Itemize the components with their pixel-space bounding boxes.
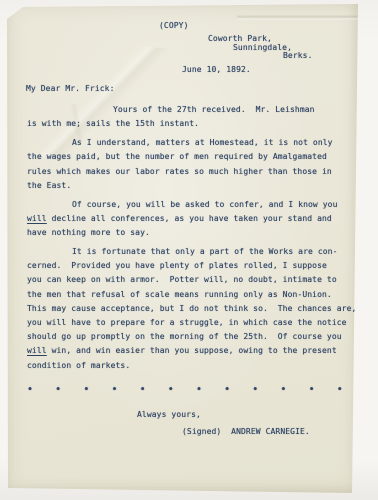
separator-dot: • [27, 383, 33, 396]
text-line: you can keep on with armor. Potter will,… [27, 273, 349, 287]
separator-dot: • [168, 383, 174, 396]
text-line: Yours of the 27th received. Mr. Leishman [27, 103, 349, 117]
text-line: This may cause acceptance, but I do not … [27, 302, 349, 316]
text-segment: This may cause acceptance, but I do not … [27, 304, 356, 313]
return-address-line: Berks. [283, 52, 313, 60]
letter-body: Yours of the 27th received. Mr. Leishman… [27, 103, 349, 373]
text-line: will decline all conferences, as you hav… [27, 212, 349, 226]
text-segment: condition of markets. [27, 361, 130, 370]
signature-line: (Signed) ANDREW CARNEGIE. [182, 428, 310, 436]
text-line: the East. [27, 179, 349, 193]
separator-row: •••••••••••• [27, 383, 343, 396]
text-segment: Of course, you will be asked to confer, … [72, 200, 338, 209]
text-segment: have nothing more to say. [27, 228, 150, 237]
scan-background: (COPY) Coworth Park, Sunningdale, Berks.… [0, 0, 378, 500]
separator-dot: • [196, 383, 202, 396]
separator-dot: • [252, 383, 258, 396]
paragraph: As I understand, matters at Homestead, i… [27, 136, 349, 193]
text-segment: the men that refusal of scale means runn… [27, 290, 332, 299]
closing-line: Always yours, [137, 411, 201, 419]
separator-dot: • [309, 383, 315, 396]
paragraph: It is fortunate that only a part of the … [27, 245, 349, 373]
separator-dot: • [55, 383, 61, 396]
copy-label: (COPY) [159, 22, 189, 30]
paper-fold-mark [237, 12, 359, 22]
underlined-word: will [27, 346, 47, 355]
text-segment: As I understand, matters at Homestead, i… [72, 138, 333, 147]
date-line: June 10, 1892. [182, 66, 251, 74]
text-line: rules which makes our labor rates so muc… [27, 165, 349, 179]
paragraph: Of course, you will be asked to confer, … [27, 198, 349, 241]
text-segment: should go up promptly on the morning of … [27, 332, 342, 341]
text-segment: you can keep on with armor. Potter will,… [27, 275, 337, 284]
text-segment: It is fortunate that only a part of the … [72, 247, 338, 256]
underlined-word: will [27, 214, 47, 223]
separator-dot: • [224, 383, 230, 396]
text-segment: is with me; sails the 15th instant. [27, 119, 199, 128]
text-line: the men that refusal of scale means runn… [27, 288, 349, 302]
text-line: will win, and win easier than you suppos… [27, 344, 349, 358]
separator-dot: • [111, 383, 117, 396]
text-line: you will have to prepare for a struggle,… [27, 316, 349, 330]
text-line: is with me; sails the 15th instant. [27, 117, 349, 131]
return-address-line: Coworth Park, [208, 35, 272, 43]
text-line: condition of markets. [27, 359, 349, 373]
paragraph: Yours of the 27th received. Mr. Leishman… [27, 103, 349, 131]
text-segment: decline all conferences, as you have tak… [47, 214, 332, 223]
separator-dot: • [280, 383, 286, 396]
text-segment: cerned. Provided you have plenty of plat… [27, 261, 327, 270]
text-line: should go up promptly on the morning of … [27, 330, 349, 344]
text-segment: Yours of the 27th received. Mr. Leishman [113, 105, 315, 114]
text-segment: rules which makes our labor rates so muc… [27, 167, 332, 176]
text-line: It is fortunate that only a part of the … [27, 245, 349, 259]
separator-dot: • [140, 383, 146, 396]
text-line: As I understand, matters at Homestead, i… [27, 136, 349, 150]
text-line: Of course, you will be asked to confer, … [27, 198, 349, 212]
text-segment: the East. [27, 181, 71, 190]
text-line: the wages paid, but the number of men re… [27, 150, 349, 164]
separator-dot: • [83, 383, 89, 396]
text-segment: you will have to prepare for a struggle,… [27, 318, 347, 327]
text-segment: win, and win easier than you suppose, ow… [47, 346, 337, 355]
text-line: have nothing more to say. [27, 226, 349, 240]
salutation: My Dear Mr. Frick: [26, 85, 115, 93]
text-segment: the wages paid, but the number of men re… [27, 152, 327, 161]
text-line: cerned. Provided you have plenty of plat… [27, 259, 349, 273]
separator-dot: • [337, 383, 343, 396]
